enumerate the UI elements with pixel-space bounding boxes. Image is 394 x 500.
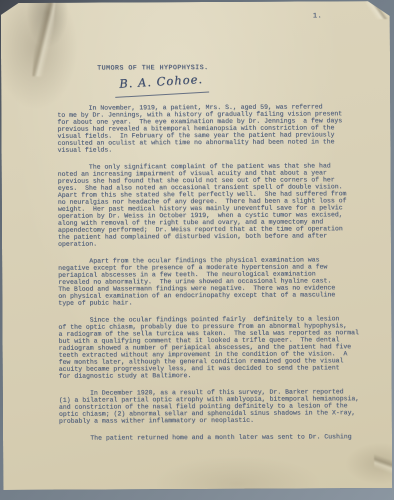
document-body: In November, 1919, a patient, Mrs. S., a… xyxy=(57,103,381,452)
dog-ear-corner xyxy=(366,1,390,19)
paragraph-1: In November, 1919, a patient, Mrs. S., a… xyxy=(57,103,379,154)
signature-underline xyxy=(115,91,209,97)
fold-crease xyxy=(32,0,55,77)
manuscript-page: 1. TUMORS OF THE HYPOPHYSIS. B. A. Cohoe… xyxy=(1,1,393,490)
author-signature: B. A. Cohoe. xyxy=(119,72,212,91)
paragraph-3: Apart from the ocular findings the physi… xyxy=(58,256,380,307)
page-number: 1. xyxy=(313,12,322,20)
paragraph-4: Since the ocular findings pointed fairly… xyxy=(58,315,380,380)
paragraph-2: The only significant complaint of the pa… xyxy=(58,162,380,248)
screenshot-root: { "colors": { "backdrop": "#737e89", "pa… xyxy=(0,0,394,500)
paragraph-5: In December 1920, as a result of this su… xyxy=(59,388,381,425)
corner-curl xyxy=(374,452,394,474)
paragraph-6: The patient returned home and a month la… xyxy=(59,433,381,442)
document-title: TUMORS OF THE HYPOPHYSIS. xyxy=(97,64,208,72)
